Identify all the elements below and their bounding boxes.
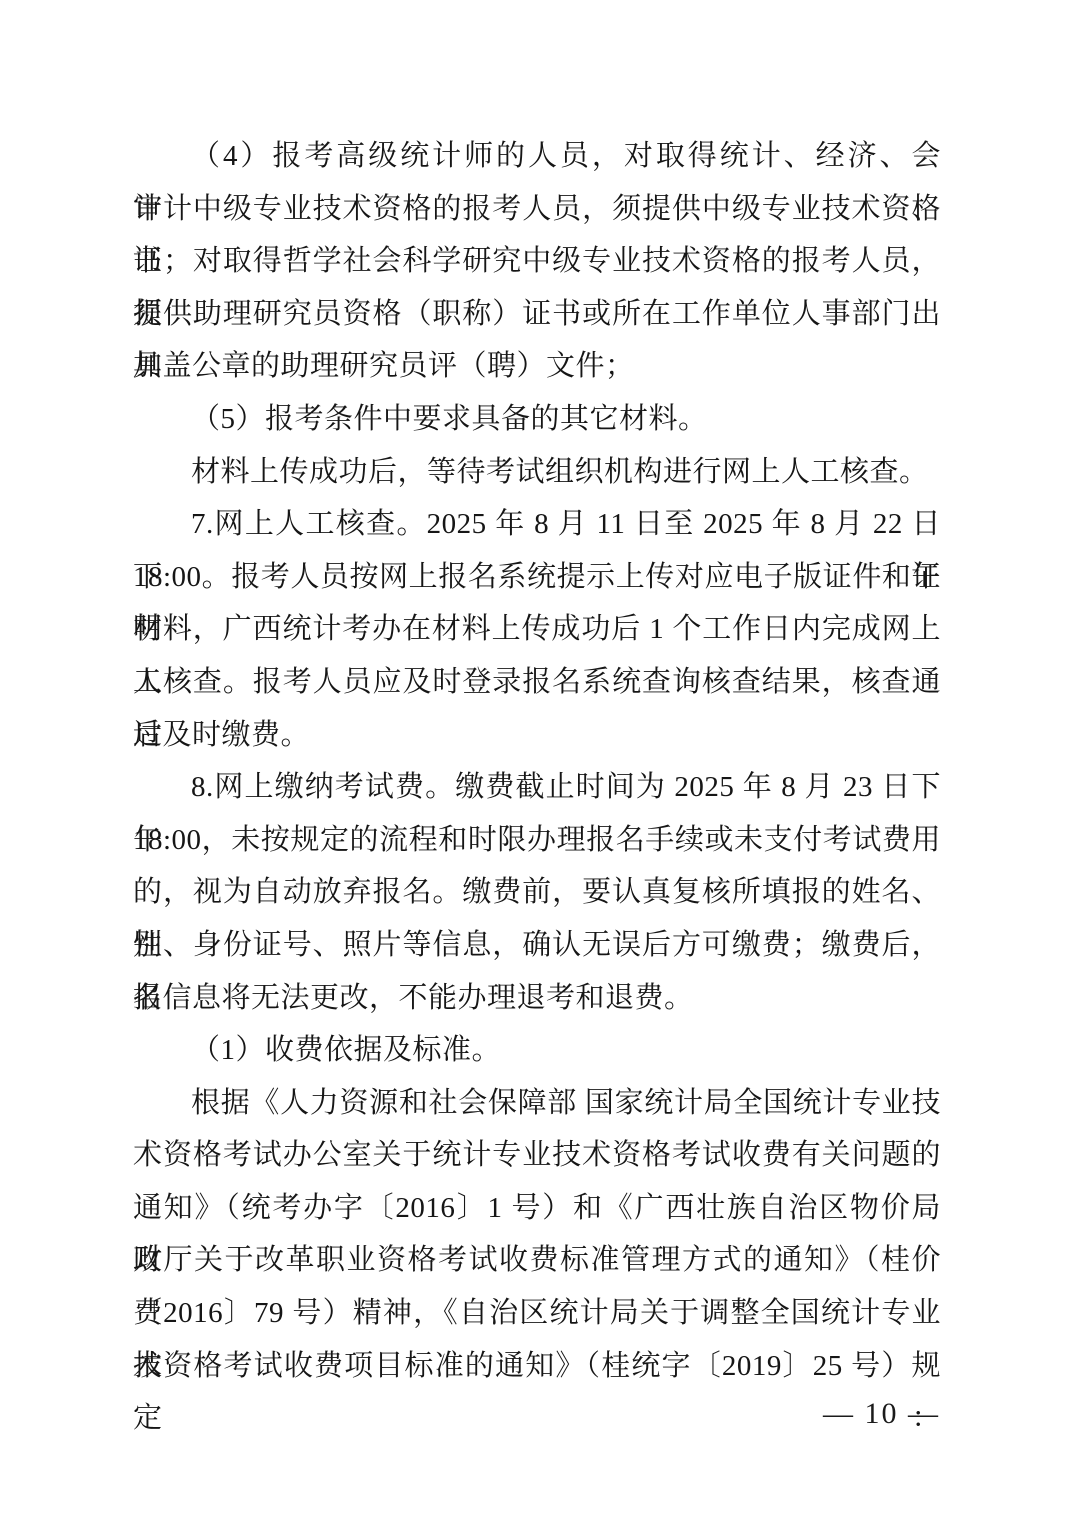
text-line: 名信息将无法更改，不能办理退考和退费。 [133, 972, 941, 1025]
text-line: 术资格考试办公室关于统计专业技术资格考试收费有关问题的 [133, 1129, 941, 1182]
text-line: （1）收费依据及标准。 [133, 1024, 941, 1077]
clause-4-senior-statistician: （4）报考高级统计师的人员，对取得统计、经济、会计、审计中级专业技术资格的报考人… [133, 130, 941, 393]
text-line: 18:00，未按规定的流程和时限办理报名手续或未支付考试费用 [133, 814, 941, 867]
text-line: （5）报考条件中要求具备的其它材料。 [133, 393, 941, 446]
text-line: 的，视为自动放弃报名。缴费前，要认真复核所填报的姓名、性 [133, 866, 941, 919]
fee-basis-heading: （1）收费依据及标准。 [133, 1024, 941, 1077]
text-line: （4）报考高级统计师的人员，对取得统计、经济、会计、 [133, 130, 941, 183]
text-line: 书；对取得哲学社会科学研究中级专业技术资格的报考人员，须 [133, 235, 941, 288]
text-line: 后及时缴费。 [133, 709, 941, 762]
page-number: — 10 — [823, 1397, 940, 1430]
text-line: 工核查。报考人员应及时登录报名系统查询核查结果，核查通过 [133, 656, 941, 709]
fee-basis-paragraph: 根据《人力资源和社会保障部 国家统计局全国统计专业技术资格考试办公室关于统计专业… [133, 1077, 941, 1393]
page-footer: — 10 — [823, 1396, 940, 1432]
text-line: 〔2016〕79 号）精神，《自治区统计局关于调整全国统计专业技 [133, 1287, 941, 1340]
document-page: （4）报考高级统计师的人员，对取得统计、经济、会计、审计中级专业技术资格的报考人… [0, 0, 1074, 1520]
clause-5-other-materials: （5）报考条件中要求具备的其它材料。 [133, 393, 941, 446]
text-line: 加盖公章的助理研究员评（聘）文件； [133, 340, 941, 393]
text-line: 通知》（统考办字〔2016〕1 号）和《广西壮族自治区物价局 财 [133, 1182, 941, 1235]
text-line: 8.网上缴纳考试费。缴费截止时间为 2025 年 8 月 23 日下午 [133, 761, 941, 814]
upload-success-note: 材料上传成功后，等待考试组织机构进行网上人工核查。 [133, 446, 941, 499]
text-line: 政厅关于改革职业资格考试收费标准管理方式的通知》（桂价费 [133, 1234, 941, 1287]
text-line: 别、身份证号、照片等信息，确认无误后方可缴费；缴费后，报 [133, 919, 941, 972]
text-line: 提供助理研究员资格（职称）证书或所在工作单位人事部门出具 [133, 288, 941, 341]
text-line: 材料，广西统计考办在材料上传成功后 1 个工作日内完成网上人 [133, 603, 941, 656]
text-line: 审计中级专业技术资格的报考人员，须提供中级专业技术资格证 [133, 183, 941, 236]
text-line: 根据《人力资源和社会保障部 国家统计局全国统计专业技 [133, 1077, 941, 1130]
text-line: 术资格考试收费项目标准的通知》（桂统字〔2019〕25 号）规定： [133, 1340, 941, 1393]
text-line: 材料上传成功后，等待考试组织机构进行网上人工核查。 [133, 446, 941, 499]
step-8-online-fee-payment: 8.网上缴纳考试费。缴费截止时间为 2025 年 8 月 23 日下午18:00… [133, 761, 941, 1024]
document-body: （4）报考高级统计师的人员，对取得统计、经济、会计、审计中级专业技术资格的报考人… [133, 130, 941, 1392]
text-line: 7.网上人工核查。2025 年 8 月 11 日至 2025 年 8 月 22 … [133, 498, 941, 551]
step-7-online-manual-review: 7.网上人工核查。2025 年 8 月 11 日至 2025 年 8 月 22 … [133, 498, 941, 761]
text-line: 18:00。报考人员按网上报名系统提示上传对应电子版证件和证明 [133, 551, 941, 604]
